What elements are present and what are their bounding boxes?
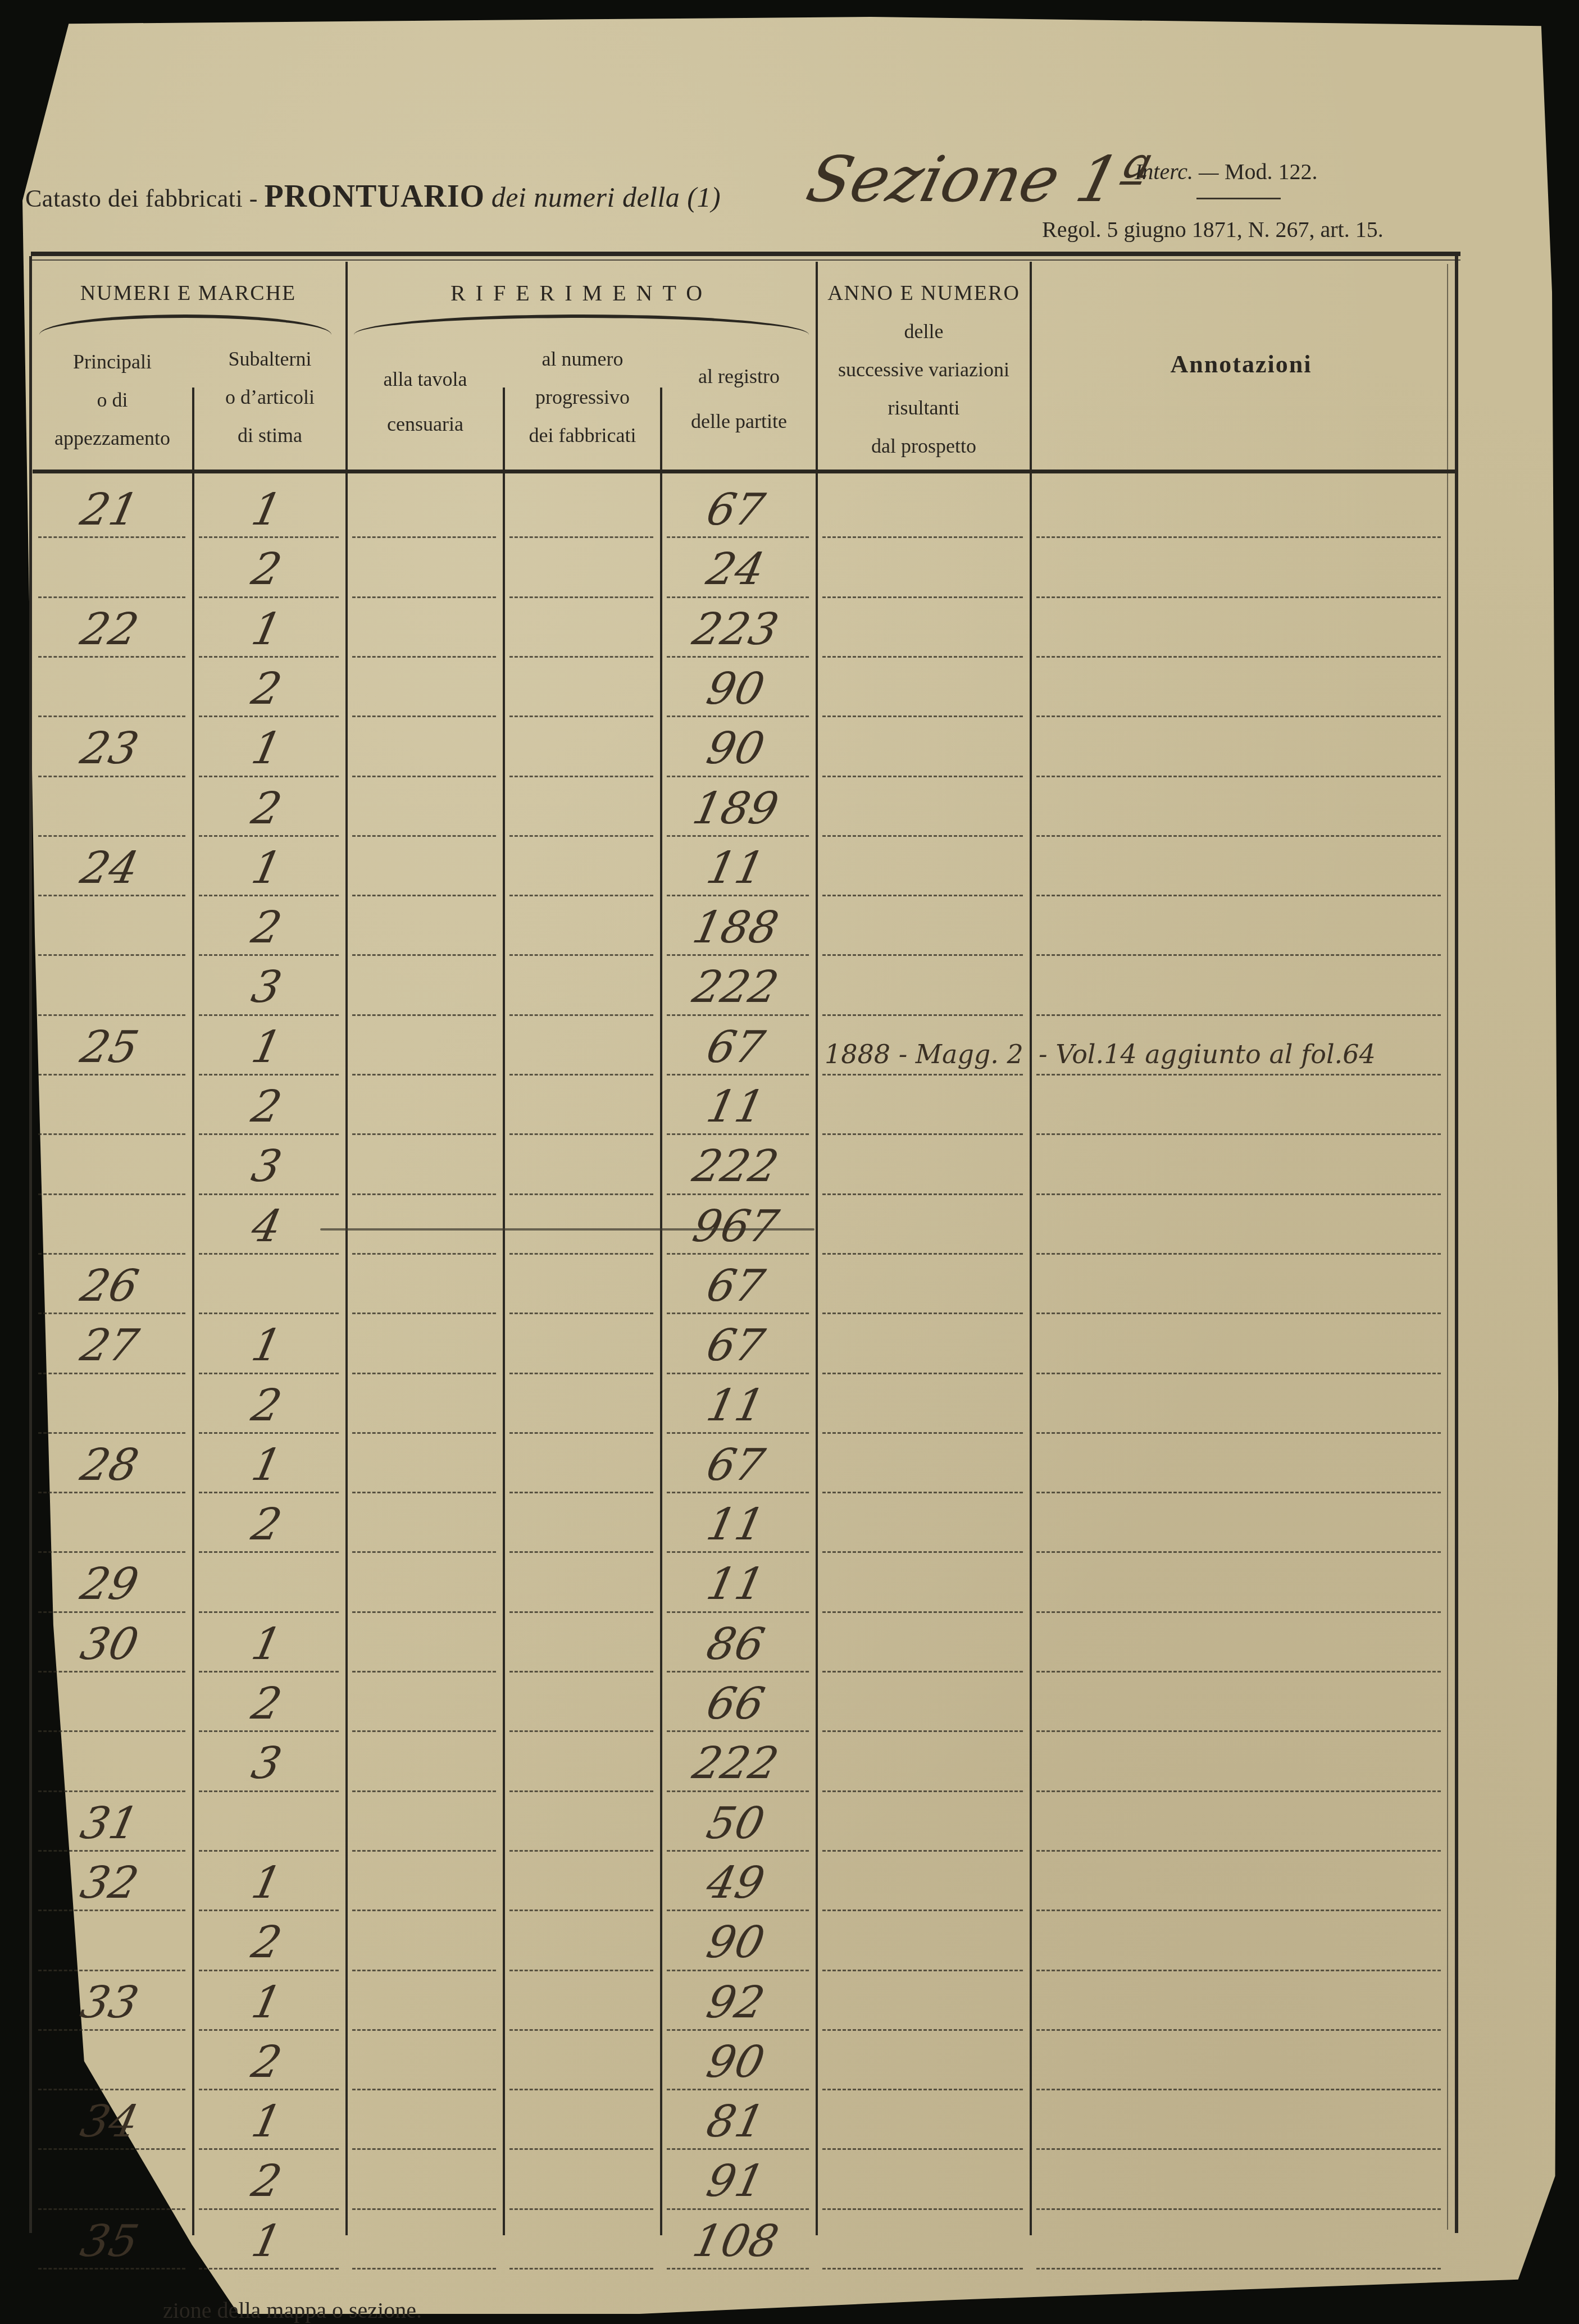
- row-ruling: [352, 2148, 496, 2151]
- row-ruling: [38, 1850, 185, 1853]
- cell-principale: 24: [28, 843, 190, 894]
- row-ruling: [38, 1074, 185, 1077]
- row-ruling: [38, 1671, 185, 1674]
- row-ruling: [667, 895, 809, 897]
- col-divider-subalterni: [345, 262, 348, 2235]
- header-registro: al registro delle partite: [662, 354, 816, 444]
- col-divider-tavola: [503, 388, 505, 2235]
- row-ruling: [199, 2029, 339, 2032]
- row-ruling: [352, 1373, 496, 1375]
- row-ruling: [1036, 895, 1441, 897]
- row-ruling: [199, 1551, 339, 1554]
- header-annotazioni: Annotazioni: [1032, 345, 1450, 384]
- row-ruling: [1036, 2148, 1441, 2151]
- cell-subalterno: 2: [189, 544, 344, 595]
- row-ruling: [199, 1970, 339, 1972]
- cell-registro: 92: [657, 1977, 814, 2028]
- row-ruling: [822, 1313, 1023, 1315]
- row-ruling: [1036, 1373, 1441, 1375]
- row-ruling: [199, 656, 339, 659]
- row-ruling: [38, 656, 185, 659]
- cell-registro: 11: [657, 1500, 814, 1550]
- row-ruling: [667, 596, 809, 599]
- row-ruling: [1036, 1014, 1441, 1017]
- handwritten-section: Sezione 1ª: [800, 143, 1157, 216]
- row-ruling: [199, 2148, 339, 2151]
- row-ruling: [822, 1253, 1023, 1256]
- row-ruling: [667, 536, 809, 539]
- row-ruling: [38, 1193, 185, 1196]
- row-ruling: [822, 954, 1023, 957]
- row-ruling: [352, 1970, 496, 1972]
- cell-principale: 23: [28, 723, 190, 774]
- row-ruling: [38, 1133, 185, 1136]
- row-ruling: [1036, 1074, 1441, 1077]
- row-ruling: [667, 656, 809, 659]
- cell-subalterno: 2: [189, 2037, 344, 2088]
- row-ruling: [1036, 835, 1441, 838]
- cell-principale: 21: [28, 485, 190, 535]
- row-ruling: [38, 1373, 185, 1375]
- col-divider-registro: [816, 262, 818, 2235]
- cell-subalterno: 1: [189, 1619, 344, 1670]
- header-principali: Principali o di appezzamento: [33, 343, 192, 457]
- cell-subalterno: 1: [189, 1977, 344, 2028]
- cell-principale: 34: [28, 2097, 190, 2147]
- cell-subalterno: 2: [189, 1500, 344, 1550]
- row-ruling: [822, 2208, 1023, 2211]
- row-ruling: [509, 596, 653, 599]
- row-ruling: [509, 2148, 653, 2151]
- row-ruling: [199, 536, 339, 539]
- row-ruling: [822, 2029, 1023, 2032]
- cell-registro: 67: [657, 1261, 814, 1311]
- cell-subalterno: 3: [189, 962, 344, 1013]
- row-ruling: [352, 1850, 496, 1853]
- row-ruling: [38, 895, 185, 897]
- row-ruling: [199, 1193, 339, 1196]
- row-ruling: [38, 2029, 185, 2032]
- row-ruling: [822, 835, 1023, 838]
- row-ruling: [1036, 1133, 1441, 1136]
- row-ruling: [1036, 596, 1441, 599]
- row-ruling: [667, 1432, 809, 1435]
- row-ruling: [1036, 2089, 1441, 2091]
- row-ruling: [1036, 656, 1441, 659]
- cell-subalterno: 1: [189, 1320, 344, 1371]
- row-ruling: [509, 1551, 653, 1554]
- cell-principale: 31: [28, 1798, 190, 1849]
- row-ruling: [352, 2268, 496, 2271]
- row-ruling: [352, 2089, 496, 2091]
- title-prefix: Catasto dei fabbricati -: [25, 185, 258, 212]
- row-ruling: [509, 1313, 653, 1315]
- row-ruling: [509, 1970, 653, 1972]
- row-ruling: [1036, 954, 1441, 957]
- cell-registro: 108: [657, 2216, 814, 2267]
- row-ruling: [199, 954, 339, 957]
- form-regulation: Regol. 5 giugno 1871, N. 267, art. 15.: [1042, 216, 1384, 243]
- row-ruling: [509, 2268, 653, 2271]
- header-progressivo: al numero progressivo dei fabbricati: [505, 340, 660, 454]
- row-ruling: [667, 776, 809, 778]
- cell-registro: 90: [657, 723, 814, 774]
- cell-registro: 67: [657, 1320, 814, 1371]
- row-ruling: [38, 2089, 185, 2091]
- row-ruling: [1036, 536, 1441, 539]
- cell-principale: 29: [28, 1559, 190, 1610]
- header-bottom-rule: [33, 470, 1455, 473]
- row-ruling: [352, 716, 496, 718]
- cell-registro: 24: [657, 544, 814, 595]
- cell-subalterno: 1: [189, 1858, 344, 1908]
- row-ruling: [509, 1492, 653, 1494]
- row-ruling: [509, 2089, 653, 2091]
- cell-subalterno: 2: [189, 2156, 344, 2207]
- row-ruling: [509, 1373, 653, 1375]
- row-ruling: [1036, 1193, 1441, 1196]
- row-ruling: [352, 1253, 496, 1256]
- row-ruling: [822, 2089, 1023, 2091]
- row-ruling: [1036, 1611, 1441, 1614]
- row-ruling: [1036, 1253, 1441, 1256]
- row-ruling: [38, 835, 185, 838]
- row-ruling: [667, 1133, 809, 1136]
- row-ruling: [667, 1671, 809, 1674]
- row-ruling: [822, 716, 1023, 718]
- row-ruling: [1036, 1671, 1441, 1674]
- row-ruling: [822, 596, 1023, 599]
- table-top-border: [31, 252, 1460, 256]
- title-suffix: dei numeri della (1): [492, 181, 721, 213]
- row-ruling: [199, 895, 339, 897]
- row-ruling: [509, 1790, 653, 1793]
- row-ruling: [667, 1730, 809, 1733]
- cell-registro: 90: [657, 2037, 814, 2088]
- cell-registro: 11: [657, 843, 814, 894]
- cell-registro: 90: [657, 664, 814, 714]
- row-ruling: [352, 536, 496, 539]
- row-ruling: [667, 835, 809, 838]
- row-ruling: [199, 1253, 339, 1256]
- row-ruling: [1036, 1790, 1441, 1793]
- cell-subalterno: 1: [189, 1022, 344, 1073]
- row-ruling: [1036, 1850, 1441, 1853]
- row-ruling: [199, 1850, 339, 1853]
- row-ruling: [509, 776, 653, 778]
- cell-registro: 222: [657, 962, 814, 1013]
- row-ruling: [509, 1850, 653, 1853]
- row-ruling: [352, 1193, 496, 1196]
- row-ruling: [822, 1074, 1023, 1077]
- row-ruling: [38, 1730, 185, 1733]
- row-ruling: [38, 1551, 185, 1554]
- row-ruling: [822, 2268, 1023, 2271]
- row-ruling: [822, 2148, 1023, 2151]
- row-ruling: [199, 1671, 339, 1674]
- col-divider-anno: [1030, 262, 1032, 2235]
- form-interc: Interc. —: [1135, 158, 1219, 185]
- table-right-border: [1455, 256, 1458, 2233]
- row-ruling: [199, 835, 339, 838]
- cell-principale: 33: [28, 1977, 190, 2028]
- row-ruling: [352, 776, 496, 778]
- row-ruling: [1036, 1432, 1441, 1435]
- row-ruling: [1036, 716, 1441, 718]
- row-ruling: [822, 1551, 1023, 1554]
- row-ruling: [509, 2208, 653, 2211]
- cell-subalterno: 1: [189, 485, 344, 535]
- cell-registro: 11: [657, 1559, 814, 1610]
- row-ruling: [822, 1671, 1023, 1674]
- row-ruling: [199, 1133, 339, 1136]
- cell-subalterno: 2: [189, 1380, 344, 1431]
- row-ruling: [509, 1730, 653, 1733]
- cell-annotazioni: - Vol.14 aggiunto al fol.64: [1039, 1039, 1448, 1069]
- row-ruling: [38, 776, 185, 778]
- row-ruling: [509, 895, 653, 897]
- cell-registro: 188: [657, 903, 814, 953]
- cell-subalterno: 1: [189, 2097, 344, 2147]
- cell-registro: 222: [657, 1738, 814, 1789]
- table-left-border: [29, 256, 32, 2233]
- row-ruling: [199, 776, 339, 778]
- cell-principale: 26: [28, 1261, 190, 1311]
- row-ruling: [509, 1133, 653, 1136]
- row-ruling: [667, 1970, 809, 1972]
- row-ruling: [509, 1074, 653, 1077]
- row-ruling: [38, 1492, 185, 1494]
- row-ruling: [509, 835, 653, 838]
- row-ruling: [667, 2208, 809, 2211]
- row-ruling: [352, 1133, 496, 1136]
- cell-registro: 66: [657, 1679, 814, 1729]
- row-ruling: [509, 1253, 653, 1256]
- cell-principale: 22: [28, 604, 190, 655]
- row-ruling: [352, 895, 496, 897]
- row-ruling: [199, 1492, 339, 1494]
- row-ruling: [38, 1910, 185, 1912]
- row-ruling: [352, 656, 496, 659]
- row-ruling: [352, 1790, 496, 1793]
- header-subalterni: Subalterni o d’articoli di stima: [194, 340, 345, 454]
- row-ruling: [822, 1373, 1023, 1375]
- table-right-border-inner: [1447, 264, 1448, 2230]
- row-ruling: [352, 1432, 496, 1435]
- row-ruling: [38, 716, 185, 718]
- row-ruling: [38, 1432, 185, 1435]
- cell-subalterno: 2: [189, 1082, 344, 1132]
- row-ruling: [352, 1551, 496, 1554]
- cell-registro: 222: [657, 1141, 814, 1192]
- row-ruling: [822, 1014, 1023, 1017]
- cell-subalterno: 2: [189, 1917, 344, 1968]
- row-ruling: [352, 954, 496, 957]
- row-ruling: [1036, 2208, 1441, 2211]
- row-ruling: [38, 1313, 185, 1315]
- row-ruling: [822, 776, 1023, 778]
- strike-through-line: [320, 1228, 814, 1231]
- row-ruling: [199, 2089, 339, 2091]
- cell-registro: 50: [657, 1798, 814, 1849]
- row-ruling: [822, 1850, 1023, 1853]
- row-ruling: [667, 1074, 809, 1077]
- row-ruling: [1036, 1910, 1441, 1912]
- header-riferimento: RIFERIMENTO: [348, 274, 814, 312]
- row-ruling: [352, 1730, 496, 1733]
- cell-principale: 27: [28, 1320, 190, 1371]
- row-ruling: [509, 716, 653, 718]
- cell-registro: 49: [657, 1858, 814, 1908]
- row-ruling: [199, 1790, 339, 1793]
- row-ruling: [199, 1611, 339, 1614]
- row-ruling: [38, 2268, 185, 2271]
- row-ruling: [822, 1730, 1023, 1733]
- row-ruling: [352, 1671, 496, 1674]
- row-ruling: [352, 2208, 496, 2211]
- row-ruling: [667, 2148, 809, 2151]
- row-ruling: [667, 954, 809, 957]
- cell-subalterno: 4: [189, 1201, 344, 1252]
- form-model-number: Mod. 122.: [1225, 158, 1318, 185]
- row-ruling: [352, 2029, 496, 2032]
- row-ruling: [509, 1193, 653, 1196]
- row-ruling: [509, 1432, 653, 1435]
- cell-subalterno: 1: [189, 723, 344, 774]
- row-ruling: [509, 536, 653, 539]
- cell-registro: 189: [657, 783, 814, 834]
- row-ruling: [509, 1611, 653, 1614]
- row-ruling: [199, 2268, 339, 2271]
- row-ruling: [509, 1910, 653, 1912]
- row-ruling: [667, 1253, 809, 1256]
- row-ruling: [667, 1790, 809, 1793]
- row-ruling: [667, 1313, 809, 1315]
- row-ruling: [1036, 1970, 1441, 1972]
- row-ruling: [352, 1014, 496, 1017]
- row-ruling: [667, 1492, 809, 1494]
- row-ruling: [667, 2029, 809, 2032]
- row-ruling: [667, 1611, 809, 1614]
- row-ruling: [38, 1253, 185, 1256]
- row-ruling: [822, 656, 1023, 659]
- form-title: Catasto dei fabbricati - PRONTUARIO dei …: [25, 179, 721, 215]
- row-ruling: [38, 954, 185, 957]
- cell-subalterno: 2: [189, 783, 344, 834]
- cell-registro: 67: [657, 485, 814, 535]
- row-ruling: [667, 1373, 809, 1375]
- cell-subalterno: 3: [189, 1738, 344, 1789]
- cell-subalterno: 1: [189, 2216, 344, 2267]
- cell-subalterno: 1: [189, 604, 344, 655]
- row-ruling: [822, 1492, 1023, 1494]
- row-ruling: [509, 954, 653, 957]
- cell-principale: 25: [28, 1022, 190, 1073]
- row-ruling: [1036, 1730, 1441, 1733]
- cell-subalterno: 1: [189, 1440, 344, 1491]
- row-ruling: [199, 1730, 339, 1733]
- row-ruling: [509, 656, 653, 659]
- row-ruling: [199, 2208, 339, 2211]
- row-ruling: [199, 1373, 339, 1375]
- row-ruling: [1036, 1492, 1441, 1494]
- footer-note: zione della mappa o sezione.: [163, 2297, 422, 2323]
- row-ruling: [822, 1133, 1023, 1136]
- row-ruling: [822, 1790, 1023, 1793]
- row-ruling: [667, 1850, 809, 1853]
- cell-principale: 28: [28, 1440, 190, 1491]
- table-top-border-inner: [31, 259, 1460, 261]
- row-ruling: [352, 1910, 496, 1912]
- cell-registro: 67: [657, 1440, 814, 1491]
- row-ruling: [667, 2089, 809, 2091]
- row-ruling: [38, 1970, 185, 1972]
- row-ruling: [1036, 1551, 1441, 1554]
- row-ruling: [509, 1671, 653, 1674]
- cell-registro: 11: [657, 1082, 814, 1132]
- row-ruling: [1036, 2268, 1441, 2271]
- row-ruling: [667, 1014, 809, 1017]
- row-ruling: [509, 1014, 653, 1017]
- cell-registro: 81: [657, 2097, 814, 2147]
- cell-registro: 91: [657, 2156, 814, 2207]
- row-ruling: [199, 1313, 339, 1315]
- cell-registro: 90: [657, 1917, 814, 1968]
- cell-subalterno: 2: [189, 664, 344, 714]
- row-ruling: [822, 1910, 1023, 1912]
- row-ruling: [352, 1074, 496, 1077]
- row-ruling: [199, 1074, 339, 1077]
- row-ruling: [38, 596, 185, 599]
- row-ruling: [38, 1014, 185, 1017]
- cell-registro: 223: [657, 604, 814, 655]
- row-ruling: [822, 895, 1023, 897]
- row-ruling: [199, 596, 339, 599]
- row-ruling: [199, 1432, 339, 1435]
- cell-subalterno: 2: [189, 1679, 344, 1729]
- row-ruling: [667, 1910, 809, 1912]
- row-ruling: [38, 2208, 185, 2211]
- row-ruling: [667, 2268, 809, 2271]
- cell-principale: 35: [28, 2216, 190, 2267]
- cell-registro: 967: [657, 1201, 814, 1252]
- row-ruling: [667, 716, 809, 718]
- row-ruling: [199, 1910, 339, 1912]
- header-tavola: alla tavola censuaria: [348, 357, 503, 446]
- row-ruling: [1036, 776, 1441, 778]
- row-ruling: [199, 716, 339, 718]
- row-ruling: [1036, 2029, 1441, 2032]
- row-ruling: [38, 2148, 185, 2151]
- cell-subalterno: 2: [189, 903, 344, 953]
- row-ruling: [38, 1611, 185, 1614]
- cell-subalterno: 3: [189, 1141, 344, 1192]
- row-ruling: [822, 1193, 1023, 1196]
- cell-registro: 86: [657, 1619, 814, 1670]
- header-numeri-e-marche: NUMERI E MARCHE: [34, 274, 343, 312]
- row-ruling: [199, 1014, 339, 1017]
- row-ruling: [509, 2029, 653, 2032]
- row-ruling: [352, 1611, 496, 1614]
- cell-principale: 32: [28, 1858, 190, 1908]
- cell-registro: 11: [657, 1380, 814, 1431]
- row-ruling: [38, 536, 185, 539]
- row-ruling: [822, 1432, 1023, 1435]
- cell-subalterno: 1: [189, 843, 344, 894]
- row-ruling: [822, 536, 1023, 539]
- row-ruling: [38, 1790, 185, 1793]
- row-ruling: [1036, 1313, 1441, 1315]
